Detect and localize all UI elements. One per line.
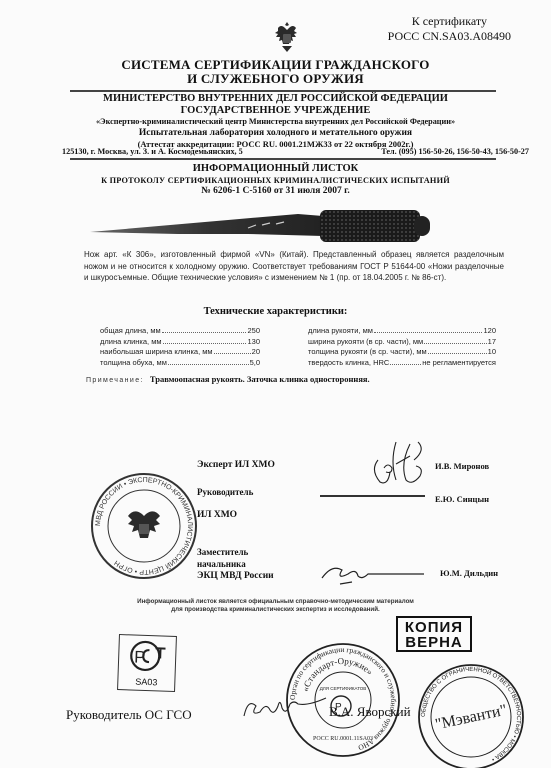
deputy-signature-icon [318,560,428,586]
cert-body-head-signature-icon [240,694,330,724]
head-signature-line [320,495,425,497]
copy-verified-stamp: КОПИЯ ВЕРНА [396,616,472,652]
cert-body-head-label: Руководитель ОС ГСО [66,707,192,723]
info-sheet-subtitle: К ПРОТОКОЛУ СЕРТИФИКАЦИОННЫХ КРИМИНАЛИСТ… [0,175,551,187]
lab-name: Испытательная лаборатория холодного и ме… [0,128,551,140]
expert-label: Эксперт ИЛ ХМО [197,460,275,470]
system-title-line2: И СЛУЖЕБНОГО ОРУЖИЯ [0,72,551,86]
protocol-number: № 6206-1 С-5160 от 31 июля 2007 г. [0,186,551,198]
divider-bottom [70,158,496,160]
footer-note: Информационный листок является официальн… [0,598,551,614]
deputy-label-line1: Заместитель [197,546,274,558]
copy-stamp-line2: ВЕРНА [398,635,470,650]
head-label-line1: Руководитель [197,487,253,497]
double-headed-eagle-icon [273,20,301,54]
gost-mark-code: SA03 [118,676,174,688]
footer-note-line1: Информационный листок является официальн… [0,598,551,606]
info-sheet-header: ИНФОРМАЦИОННЫЙ ЛИСТОК К ПРОТОКОЛУ СЕРТИФ… [0,163,551,198]
specs-left-column: общая длина, мм250 длина клинка, мм130 н… [100,326,260,368]
product-description: Нож арт. «К 306», изготовленный фирмой «… [84,249,504,284]
expert-signature-icon [360,440,440,490]
spec-row: твердость клинка, HRCне регламентируется [308,358,496,369]
mvd-round-stamp-icon: МВД РОССИИ • ЭКСПЕРТНО-КРИМИНАЛИСТИЧЕСКИ… [88,470,200,582]
ministry-name: МИНИСТЕРСТВО ВНУТРЕННИХ ДЕЛ РОССИЙСКОЙ Ф… [0,93,551,105]
info-sheet-title: ИНФОРМАЦИОННЫЙ ЛИСТОК [0,163,551,175]
spec-row: наибольшая ширина клинка, мм20 [100,347,260,358]
spec-row: толщина рукояти (в ср. части), мм10 [308,347,496,358]
system-title-line1: СИСТЕМА СЕРТИФИКАЦИИ ГРАЖДАНСКОГО [0,58,551,72]
address-row: 125130, г. Москва, ул. З. и А. Космодемь… [62,147,529,156]
specs-right-column: длина рукояти, мм120 ширина рукояти (в с… [308,326,496,368]
spec-row: толщина обуха, мм5,0 [100,358,260,369]
divider-top [70,90,496,92]
head-label-line2: ИЛ ХМО [197,510,237,520]
svg-text:"Мэванти": "Мэванти" [434,702,509,734]
address: 125130, г. Москва, ул. З. и А. Космодемь… [62,147,243,156]
deputy-label-line3: ЭКЦ МВД России [197,570,274,582]
gost-certification-mark: Р SA03 [117,634,177,692]
deputy-label: Заместитель начальника ЭКЦ МВД России [197,546,274,582]
svg-text:ДЛЯ СЕРТИФИКАТОВ: ДЛЯ СЕРТИФИКАТОВ [320,686,367,691]
note: Примечание:Травмоопасная рукоять. Заточк… [86,374,370,384]
cert-ref-number: РОСС CN.SA03.A08490 [388,29,511,44]
certificate-reference: К сертификату РОСС CN.SA03.A08490 [388,14,511,44]
org-type: ГОСУДАРСТВЕННОЕ УЧРЕЖДЕНИЕ [0,105,551,117]
company-round-stamp-icon: ОБЩЕСТВО С ОГРАНИЧЕННОЙ ОТВЕТСТВЕННОСТЬЮ… [416,662,526,768]
svg-text:РОСС RU.0001.11SA03: РОСС RU.0001.11SA03 [313,736,373,742]
cert-body-head-name: В.А. Яворский [329,704,411,720]
spec-row: длина клинка, мм130 [100,337,260,348]
rst-logo-icon: Р [125,639,170,673]
spec-row: ширина рукояти (в ср. части), мм17 [308,337,496,348]
institution-block: МИНИСТЕРСТВО ВНУТРЕННИХ ДЕЛ РОССИЙСКОЙ Ф… [0,93,551,151]
center-name: «Экспертно-криминалистический центр Мини… [0,116,551,128]
deputy-name: Ю.М. Дильдин [440,568,498,578]
system-title: СИСТЕМА СЕРТИФИКАЦИИ ГРАЖДАНСКОГО И СЛУЖ… [0,58,551,86]
expert-name: И.В. Миронов [435,461,489,471]
spec-row: общая длина, мм250 [100,326,260,337]
note-label: Примечание: [86,377,144,384]
cert-ref-label: К сертификату [388,14,511,29]
phone: Тел. (095) 156-50-26, 156-50-43, 156-50-… [381,147,529,156]
deputy-label-line2: начальника [197,558,274,570]
note-text: Травмоопасная рукоять. Заточка клинка од… [150,374,370,384]
copy-stamp-line1: КОПИЯ [398,620,470,635]
head-name: Е.Ю. Синцын [435,494,489,504]
knife-photo-icon [88,206,438,246]
spec-row: длина рукояти, мм120 [308,326,496,337]
footer-note-line2: для производства криминалистических эксп… [0,606,551,614]
specs-title: Технические характеристики: [0,306,551,317]
